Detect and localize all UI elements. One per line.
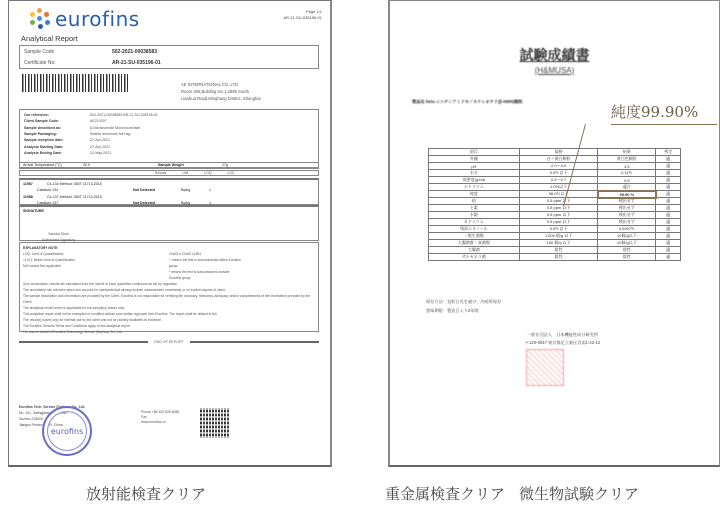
table-header-row: 項目規格結果判定 [429, 149, 681, 156]
table-cell: サルモネラ菌 [429, 254, 520, 261]
certificate-label: Certificate No. [24, 60, 112, 66]
table-cell: 適 [656, 170, 681, 177]
table-cell: ナトリウム [429, 184, 520, 191]
issuing-organization: 一般社団法人 日本機能性成分研究所 〒120-0047 東京都足立東区宮雨1-2… [390, 331, 719, 347]
table-row: 大腸菌群・真菌数100 個/g 以下10個/g以下適 [429, 240, 681, 247]
result-analyte: Caesium 134 [23, 188, 133, 192]
signature-box: SIGNATURE Sandra Shen Authorized Signato… [19, 205, 319, 241]
caption-microbe: 微生物試験クリア [519, 485, 639, 503]
table-cell: 白～黄白顆粒 [519, 156, 598, 163]
table-cell: 0.0097％ [598, 226, 656, 233]
table-cell: 適 [656, 156, 681, 163]
table-cell: 項目 [429, 149, 520, 156]
table-cell: 適 [656, 177, 681, 184]
callout-underline [611, 124, 717, 125]
table-row: 外観白～黄白顆粒黄白色顆粒適 [429, 156, 681, 163]
table-cell: 適 [656, 247, 681, 254]
table-cell: 適 [656, 212, 681, 219]
results-col-header: Unit [182, 171, 188, 175]
report-title: Analytical Report [21, 34, 78, 43]
client-address: AE INTERNATIONAL CO.,LTD. Room 406,Build… [181, 81, 261, 102]
certificate-value: AR-21-SU-035196-01 [112, 60, 161, 66]
sample-code-box: Sample Code502-2021-00038583 Certificate… [19, 45, 319, 69]
table-cell: 一般生菌数 [429, 233, 520, 240]
table-row: サルモネラ菌陰性陰性適 [429, 254, 681, 261]
table-cell: 鉛 [429, 198, 520, 205]
info-value: 502-2021-00038583 AR-21-SU-035196-01 [90, 113, 158, 117]
temperature-row: Arrival Temperature (°C) 20.0 Sample Wei… [19, 162, 319, 168]
address-line: Lianhua Road,Minghang District, Shanghai [181, 95, 261, 102]
table-cell: pH [429, 163, 520, 170]
divider [190, 341, 319, 343]
temp-value: 20.0 [83, 163, 158, 167]
storage-notes: 保存方法：直射日光を避け、冷暗所保存 賞味期限：製造日より2年間 [426, 297, 501, 315]
explanatory-notes: EXPLANATORY NOTE LOQ: Limit of Quantific… [19, 242, 319, 332]
table-row: 嵩密度(g/ml)0.5～0.70.6適 [429, 177, 681, 184]
info-key: Sample Packaging: [24, 132, 90, 136]
table-cell: 適 [656, 191, 681, 198]
note-line: 賞味期限：製造日より2年間 [426, 306, 501, 315]
table-cell: 水分 [429, 170, 520, 177]
table-cell: 適 [656, 163, 681, 170]
sample-code-label: Sample Code [24, 49, 112, 55]
table-cell: 大腸菌 [429, 247, 520, 254]
weight-value: 17g [222, 163, 228, 167]
table-row: 水分0.5％以下0.11％適 [429, 170, 681, 177]
report-title-jp: 試験成績書 [390, 45, 719, 65]
info-value: 27-Apr-2021 [90, 138, 110, 142]
weight-label: Sample Weight [158, 163, 222, 167]
note-line: N/A means Not applicable [23, 263, 96, 269]
note-line: + means the test is subcontracted within… [169, 257, 242, 269]
info-value: 27-Apr-2021 [90, 145, 110, 149]
table-cell: 10個/g以下 [598, 233, 656, 240]
table-cell: 0.5 ppm 以下 [519, 198, 598, 205]
info-key: Sample described as: [24, 126, 90, 130]
table-row: ナトリウム1.0%以下適合適 [429, 184, 681, 191]
table-cell: 検出せず [598, 198, 656, 205]
eurofins-logo: eurofins [29, 7, 140, 31]
table-cell: 適合 [598, 184, 656, 191]
table-cell: 残留エタノール [429, 226, 520, 233]
results-col-header: LOD [228, 171, 235, 175]
table-cell: 適 [656, 219, 681, 226]
red-seal-stamp [526, 349, 564, 386]
page-info: Page 1/1 AR-21-SU-035196-01 [283, 9, 322, 21]
contact-line: www.eurofins.cn [141, 420, 179, 425]
table-row: pH2.0～4.03.6適 [429, 163, 681, 170]
results-col-header: Results [155, 171, 166, 175]
table-cell: 陰性 [519, 247, 598, 254]
result-value: Not Detected [133, 188, 181, 192]
result-loq: 1 [209, 188, 211, 192]
table-cell: 98.0％以上 [519, 191, 598, 198]
table-cell: 3.6 [598, 163, 656, 170]
stamp-text: eurofins [51, 427, 83, 436]
result-method: Cs-134 Method: GB/T 11713-2015 [47, 182, 102, 186]
table-cell: 適 [656, 226, 681, 233]
result-code: 11987 [23, 182, 47, 186]
end-of-report: END OF REPORT [19, 339, 319, 345]
caption-heavy-metal-microbe: 重金属検査クリア微生物試験クリア [385, 483, 639, 504]
table-cell: 0.5 ppm 以下 [519, 219, 598, 226]
temp-label: Arrival Temperature (°C) [23, 163, 83, 167]
info-key: Client Sample Code: [24, 119, 90, 123]
table-row: 大腸菌陰性陰性適 [429, 247, 681, 254]
caption-heavy-metal: 重金属検査クリア [385, 485, 505, 503]
note-line: The sample description and information a… [23, 293, 315, 305]
table-cell: 陰性 [598, 254, 656, 261]
table-row: 残留エタノール0.5％以下0.0097％適 [429, 226, 681, 233]
info-key: Sample reception date: [24, 138, 90, 142]
info-key: Our reference: [24, 113, 90, 117]
qr-code [200, 408, 229, 438]
table-row: ヒ素0.5 ppm 以下検出せず適 [429, 205, 681, 212]
sample-code-value: 502-2021-00038583 [112, 49, 157, 55]
table-cell: 0.5 ppm 以下 [519, 205, 598, 212]
info-value: AE210307 [90, 119, 107, 123]
table-cell: 適 [656, 254, 681, 261]
results-box: 11987Cs-134 Method: GB/T 11713-2015 Caes… [19, 178, 319, 205]
table-row: 一般生菌数1,000 個/g 以下10個/g以下適 [429, 233, 681, 240]
table-cell: 10個/g以下 [598, 240, 656, 247]
table-row: 純度98.0％以上99.90 %適 [429, 191, 681, 198]
table-cell: 適 [656, 205, 681, 212]
table-cell: 純度 [429, 191, 520, 198]
table-cell: 0.5％以下 [519, 226, 598, 233]
table-cell: 黄白色顆粒 [598, 156, 656, 163]
page-code: AR-21-SU-035196-01 [283, 15, 322, 21]
table-row: 鉛0.5 ppm 以下検出せず適 [429, 198, 681, 205]
report-subtitle: (H&MUSA) [390, 66, 719, 75]
table-cell: 水銀 [429, 212, 520, 219]
note-line: * means the test is subcontracted outsid… [169, 269, 242, 281]
table-cell: 0.5％以下 [519, 170, 598, 177]
org-line: 一般社団法人 日本機能性成分研究所 [406, 331, 719, 339]
footer-contact: Phone +86 400 828 5088 Fax www.eurofins.… [141, 410, 179, 425]
eurofins-logo-icon [29, 8, 51, 30]
title-text: 試験成績書 [520, 47, 590, 63]
result-code: 11988 [23, 195, 47, 199]
table-cell: 陰性 [519, 254, 598, 261]
table-cell: 0.6 [598, 177, 656, 184]
address-line: Room 406,Building No.1,2899 South [181, 88, 261, 95]
table-cell: 規格 [519, 149, 598, 156]
table-row: カドミウム0.5 ppm 以下検出せず適 [429, 219, 681, 226]
info-value: β-Nicotinamide Mononucleotide [90, 126, 140, 130]
eurofins-report-image: eurofins Page 1/1 AR-21-SU-035196-01 Ana… [8, 0, 332, 467]
end-label: END OF REPORT [154, 340, 184, 344]
table-cell: 100 個/g 以下 [519, 240, 598, 247]
table-cell: 適 [656, 184, 681, 191]
table-cell: 適 [656, 240, 681, 247]
table-cell: 大腸菌群・真菌数 [429, 240, 520, 247]
result-unit: Bq/kg [181, 188, 209, 192]
address-line: AE INTERNATIONAL CO.,LTD. [181, 81, 261, 88]
table-cell: 0.11％ [598, 170, 656, 177]
table-cell: 適 [656, 233, 681, 240]
table-cell: 判定 [656, 149, 681, 156]
table-cell: 1,000 個/g 以下 [519, 233, 598, 240]
sample-info-box: Our reference:502-2021-00038583 AR-21-SU… [19, 109, 319, 169]
table-cell: ヒ素 [429, 205, 520, 212]
test-results-table: 項目規格結果判定外観白～黄白顆粒黄白色顆粒適pH2.0～4.03.6適水分0.5… [428, 148, 681, 261]
results-col-header: LOQ [204, 171, 211, 175]
info-value: 12-May-2021 [90, 151, 111, 155]
divider [19, 341, 148, 343]
table-cell: 嵩密度(g/ml) [429, 177, 520, 184]
info-key: Analysis Ending Date: [24, 151, 90, 155]
table-cell: 検出せず [598, 219, 656, 226]
table-cell: 99.90 % [598, 191, 656, 198]
subtitle-text: (H&MUSA) [535, 66, 575, 75]
table-row: 水銀0.5 ppm 以下検出せず適 [429, 212, 681, 219]
table-cell: 検出せず [598, 212, 656, 219]
info-key: Analysis Starting Date: [24, 145, 90, 149]
table-cell: 2.0～4.0 [519, 163, 598, 170]
caption-radiation-test: 放射能検査クリア [86, 483, 206, 504]
info-value: Sealed aluminum foil bag [90, 132, 130, 136]
note-line: For and on behalf of Eurofins Technology… [23, 329, 315, 335]
result-method: Cs-137 Method: GB/T 11713-2015 [47, 195, 102, 199]
table-cell: 結果 [598, 149, 656, 156]
company-stamp: eurofins [42, 406, 92, 456]
table-cell: 適 [656, 198, 681, 205]
eurofins-logo-text: eurofins [55, 7, 140, 31]
table-cell: 検出せず [598, 205, 656, 212]
product-name: 製品名 beta-ニコチンアミドモノヌクレオチド(β-NMN)顆粒 [412, 99, 523, 105]
org-line: 〒120-0047 東京都足立東区宮雨1-22-12 [406, 339, 719, 347]
table-cell: 陰性 [598, 247, 656, 254]
table-cell: 1.0%以下 [519, 184, 598, 191]
results-header: Results Unit LOQ LOD [19, 170, 319, 176]
table-cell: カドミウム [429, 219, 520, 226]
signature-label: SIGNATURE [23, 209, 315, 213]
japanese-test-report-image: 試験成績書 (H&MUSA) 製品名 beta-ニコチンアミドモノヌクレオチド(… [388, 0, 720, 467]
note-line: 保存方法：直射日光を避け、冷暗所保存 [426, 297, 501, 306]
table-cell: 0.5～0.7 [519, 177, 598, 184]
table-cell: 0.5 ppm 以下 [519, 212, 598, 219]
barcode [22, 74, 130, 92]
table-cell: 外観 [429, 156, 520, 163]
purity-callout: 純度99.90% [611, 101, 698, 122]
